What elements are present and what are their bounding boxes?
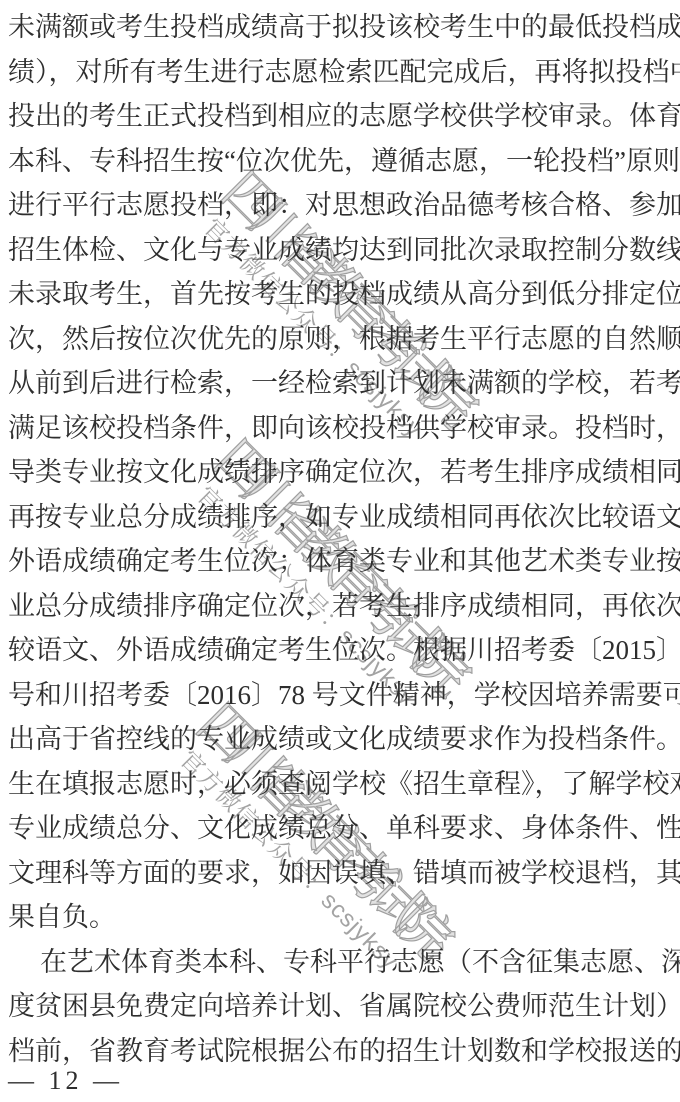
body-line: 进行平行志愿投档，即：对思想政治品德考核合格、参加了: [8, 183, 672, 228]
body-line: 招生体检、文化与专业成绩均达到同批次录取控制分数线的: [8, 228, 672, 273]
body-line: 投出的考生正式投档到相应的志愿学校供学校审录。体育类: [8, 94, 672, 139]
body-line: 文理科等方面的要求，如因误填、错填而被学校退档，其后: [8, 851, 672, 896]
document-page: 四川省教育考试院 官方微信公众号：scsjyksy 四川省教育考试院 官方微信公…: [0, 0, 680, 1102]
body-line: 号和川招考委〔2016〕78 号文件精神，学校因培养需要可提: [8, 673, 672, 718]
body-line: 绩），对所有考生进行志愿检索匹配完成后，再将拟投档中: [8, 50, 672, 95]
body-line: 较语文、外语成绩确定考生位次。根据川招考委〔2015〕63: [8, 628, 672, 673]
page-number: — 12 —: [8, 1066, 123, 1096]
body-line: 再按专业总分成绩排序，如专业成绩相同再依次比较语文、: [8, 495, 672, 540]
body-line: 未满额或考生投档成绩高于拟投该校考生中的最低投档成: [8, 5, 672, 50]
body-line: 从前到后进行检索，一经检索到计划未满额的学校，若考生: [8, 361, 672, 406]
body-line: 生在填报志愿时，必须查阅学校《招生章程》，了解学校对: [8, 762, 672, 807]
body-line: 次，然后按位次优先的原则，根据考生平行志愿的自然顺序: [8, 317, 672, 362]
body-line: 度贫困县免费定向培养计划、省属院校公费师范生计划）投: [8, 984, 672, 1029]
body-line: 果自负。: [8, 895, 672, 940]
body-line: 本科、专科招生按“位次优先，遵循志愿，一轮投档”原则: [8, 139, 672, 184]
body-line: 满足该校投档条件，即向该校投档供学校审录。投档时，编: [8, 406, 672, 451]
body-line: 出高于省控线的专业成绩或文化成绩要求作为投档条件。考: [8, 717, 672, 762]
body-line: 在艺术体育类本科、专科平行志愿（不含征集志愿、深: [8, 940, 672, 985]
body-line: 外语成绩确定考生位次；体育类专业和其他艺术类专业按专: [8, 539, 672, 584]
body-line: 未录取考生，首先按考生的投档成绩从高分到低分排定位: [8, 272, 672, 317]
body-text: 未满额或考生投档成绩高于拟投该校考生中的最低投档成 绩），对所有考生进行志愿检索…: [8, 5, 672, 1073]
body-line: 专业成绩总分、文化成绩总分、单科要求、身体条件、性别、: [8, 806, 672, 851]
body-line: 业总分成绩排序确定位次，若考生排序成绩相同，再依次比: [8, 584, 672, 629]
body-line: 导类专业按文化成绩排序确定位次，若考生排序成绩相同，: [8, 450, 672, 495]
